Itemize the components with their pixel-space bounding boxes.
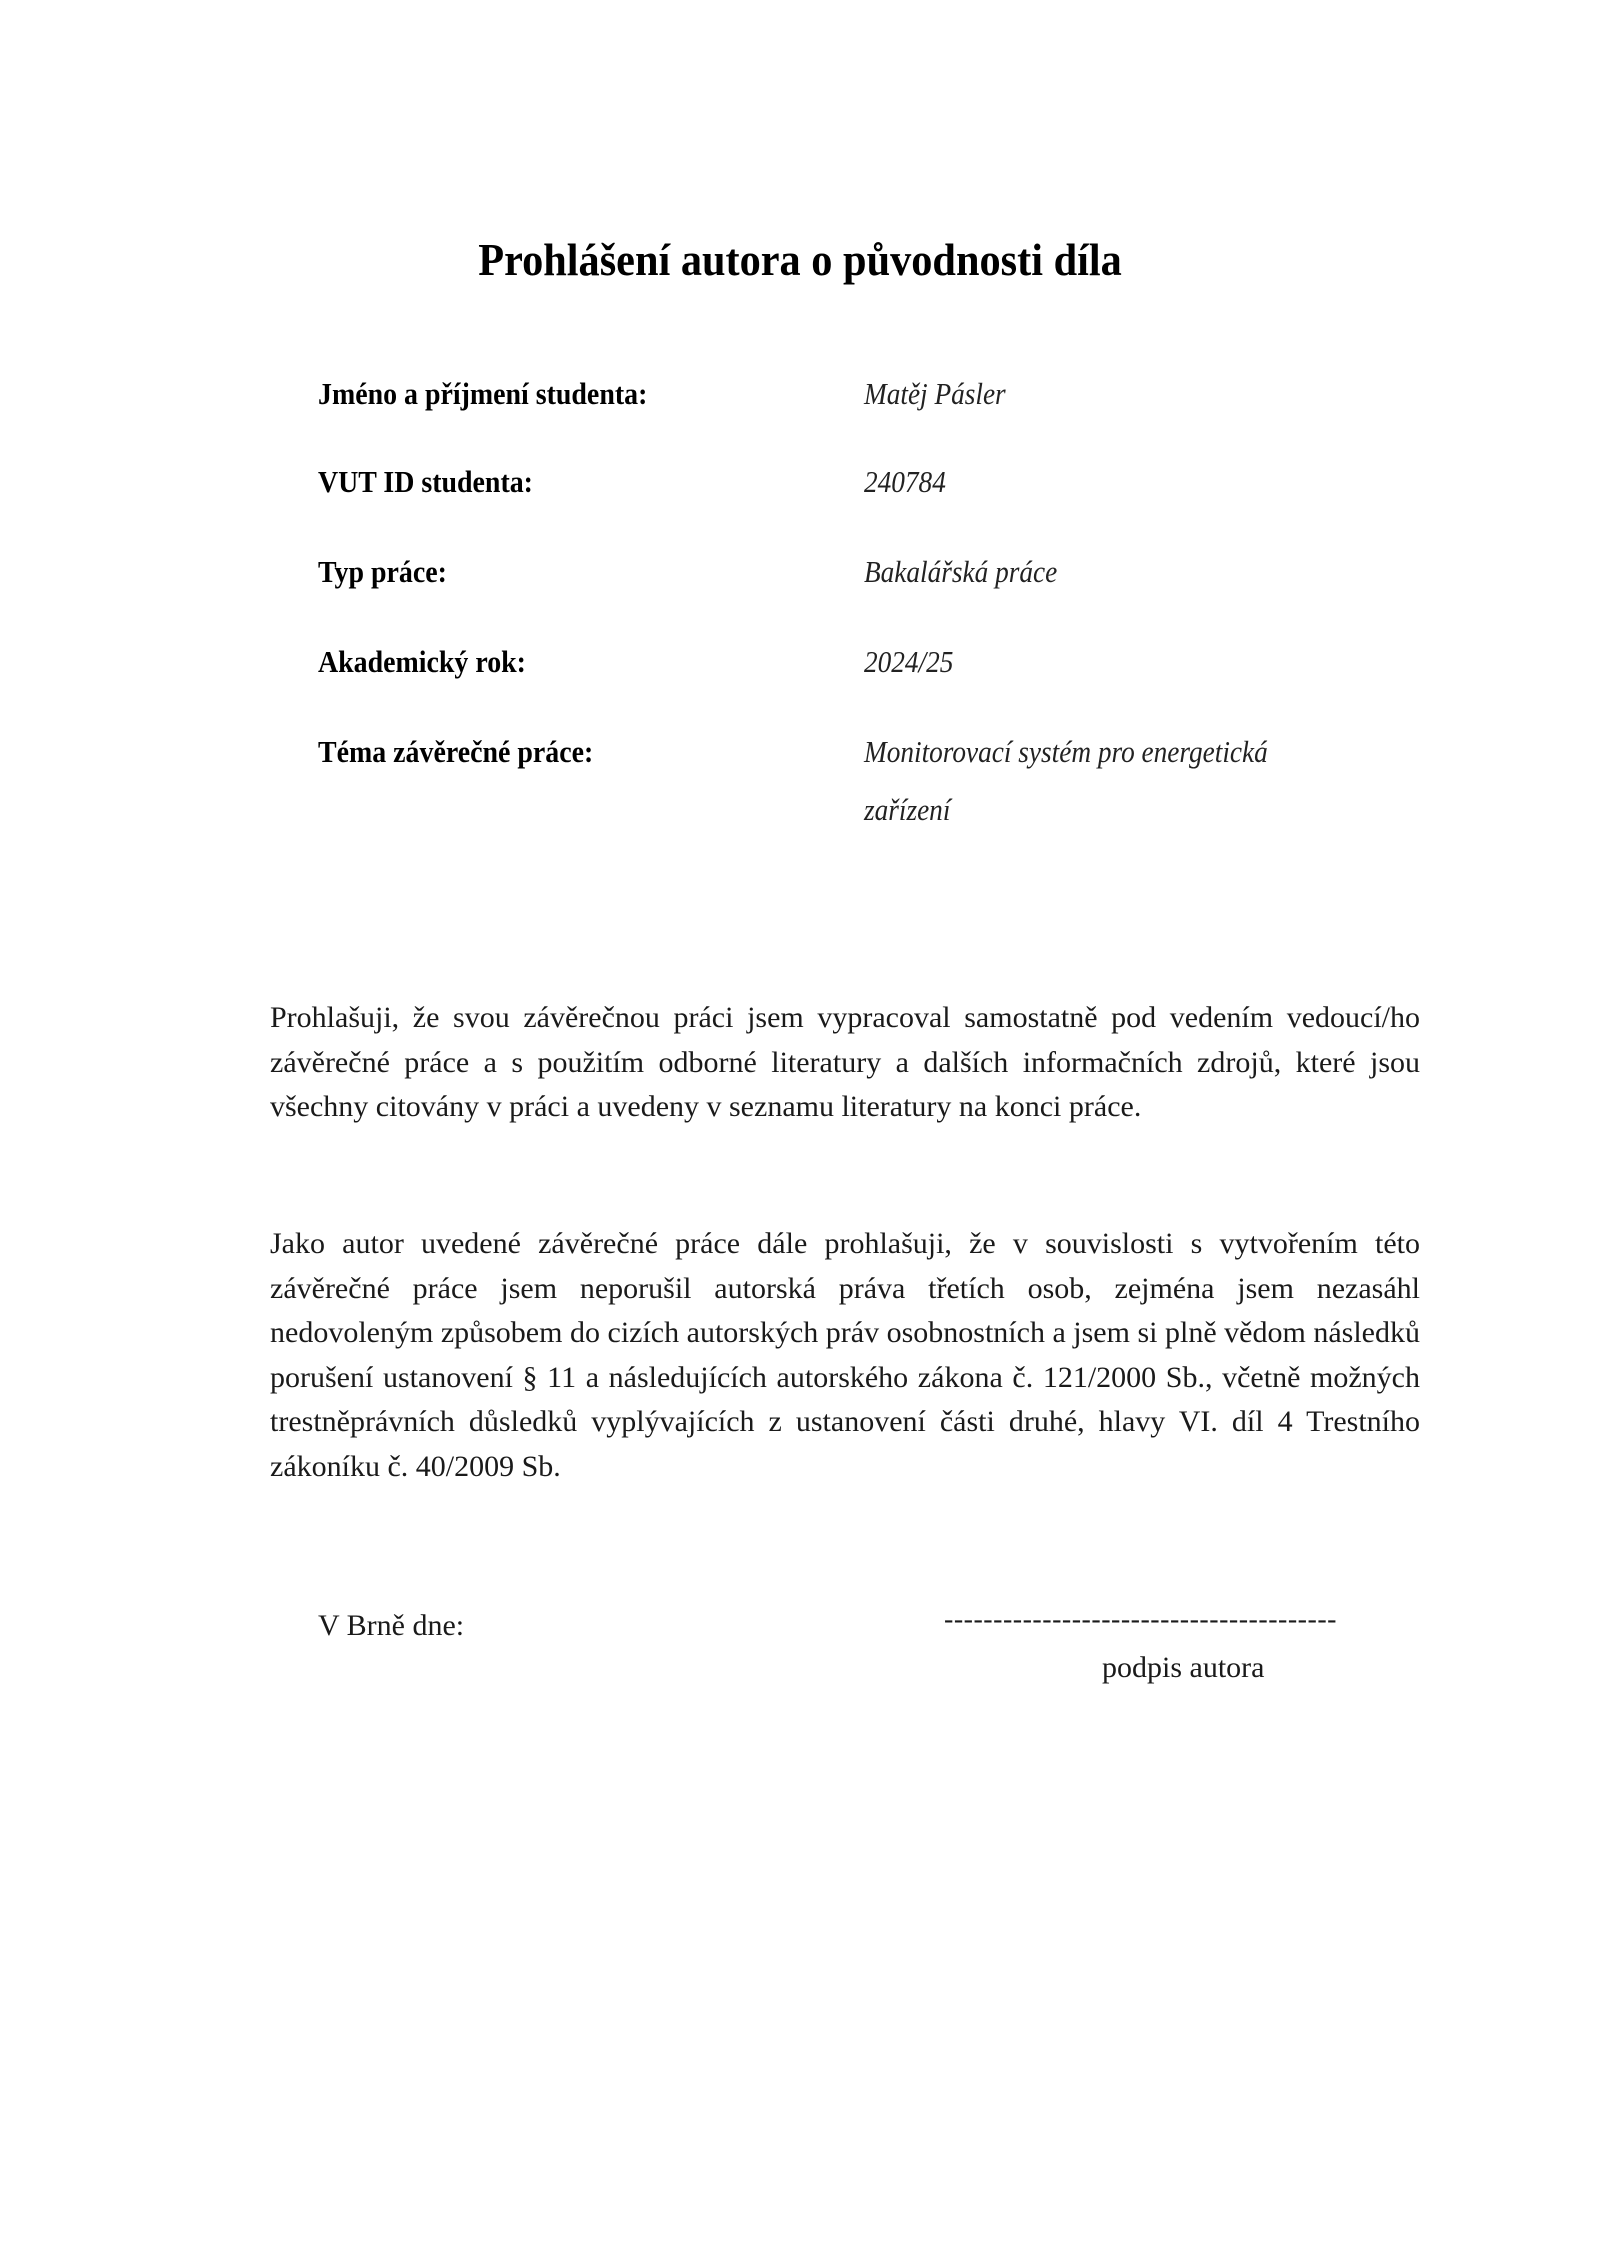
place-date-label: V Brně dne: (318, 1606, 464, 1646)
info-value: Bakalářská práce (864, 543, 1322, 601)
info-label: Akademický rok: (318, 642, 526, 682)
info-value: Monitorovací systém pro energetická zaří… (864, 723, 1322, 839)
info-value: Matěj Pásler (864, 365, 1322, 423)
declaration-paragraph-1: Prohlašuji, že svou závěrečnou práci jse… (270, 996, 1420, 1130)
info-value: 2024/25 (864, 633, 1322, 691)
info-value: 240784 (864, 453, 1322, 511)
info-label: Typ práce: (318, 552, 447, 592)
declaration-paragraph-2: Jako autor uvedené závěrečné práce dále … (270, 1222, 1420, 1489)
page-title: Prohlášení autora o původnosti díla (64, 232, 1536, 288)
info-label: Jméno a příjmení studenta: (318, 374, 647, 414)
info-label: VUT ID studenta: (318, 462, 533, 502)
signature-line: ---------------------------------------- (944, 1600, 1337, 1640)
info-label: Téma závěrečné práce: (318, 732, 593, 772)
signature-label: podpis autora (1102, 1648, 1264, 1688)
